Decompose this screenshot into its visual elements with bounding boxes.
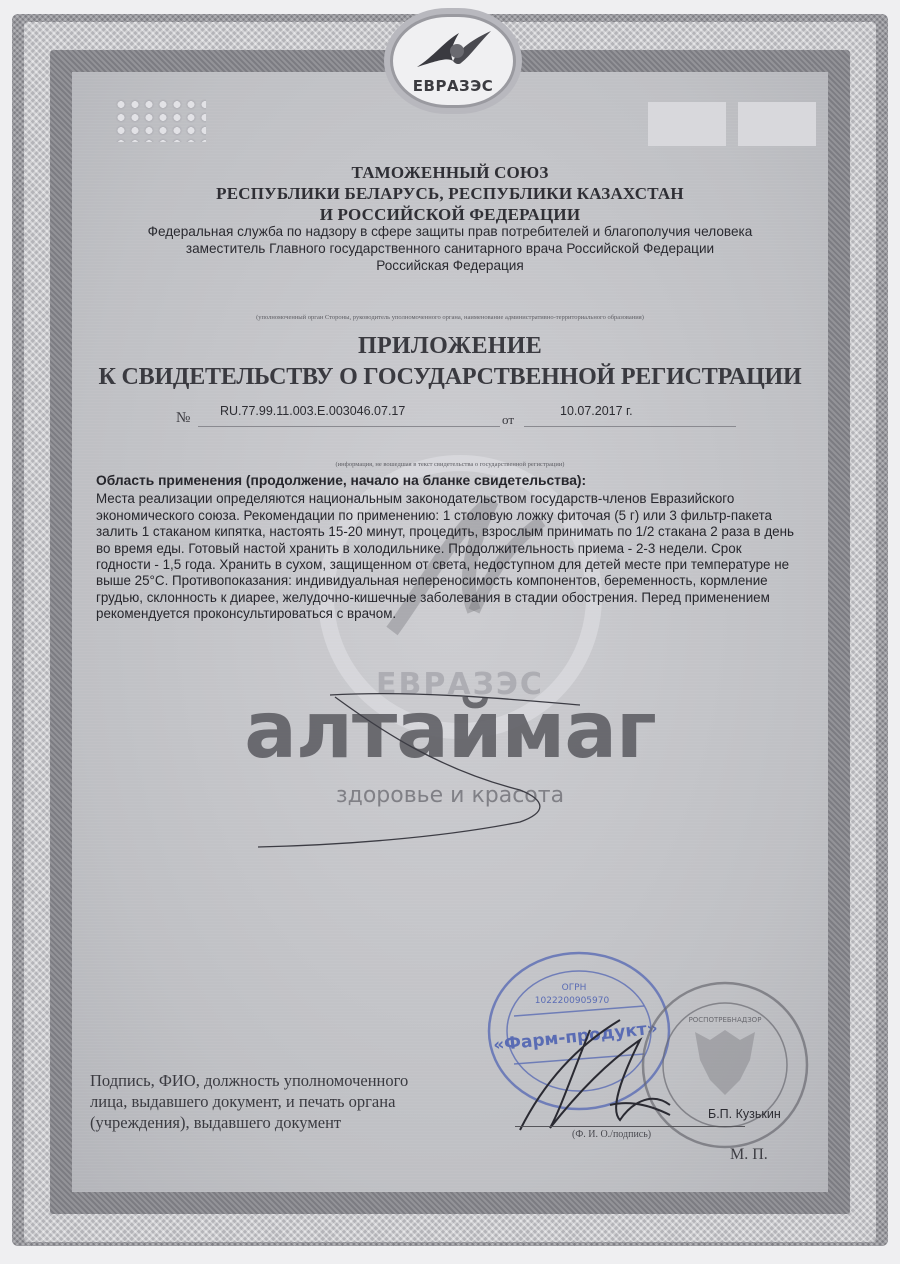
signature-block-label: Подпись, ФИО, должность уполномоченного … — [90, 1070, 492, 1133]
svg-text:ОГРН: ОГРН — [562, 983, 587, 993]
pen-stroke — [0, 0, 900, 900]
signature-underline — [515, 1126, 745, 1127]
signature-label-line: Подпись, ФИО, должность уполномоченного — [90, 1070, 492, 1091]
signer-name: Б.П. Кузькин — [708, 1107, 781, 1121]
handwritten-signature — [500, 1010, 700, 1140]
signer-caption: (Ф. И. О./подпись) — [572, 1129, 651, 1140]
svg-text:1022200905970: 1022200905970 — [535, 996, 610, 1006]
seal-place-label: М. П. — [730, 1146, 768, 1164]
signature-label-line: лица, выдавшего документ, и печать орган… — [90, 1091, 492, 1112]
signature-label-line: (учреждения), выдавшего документ — [90, 1112, 492, 1133]
